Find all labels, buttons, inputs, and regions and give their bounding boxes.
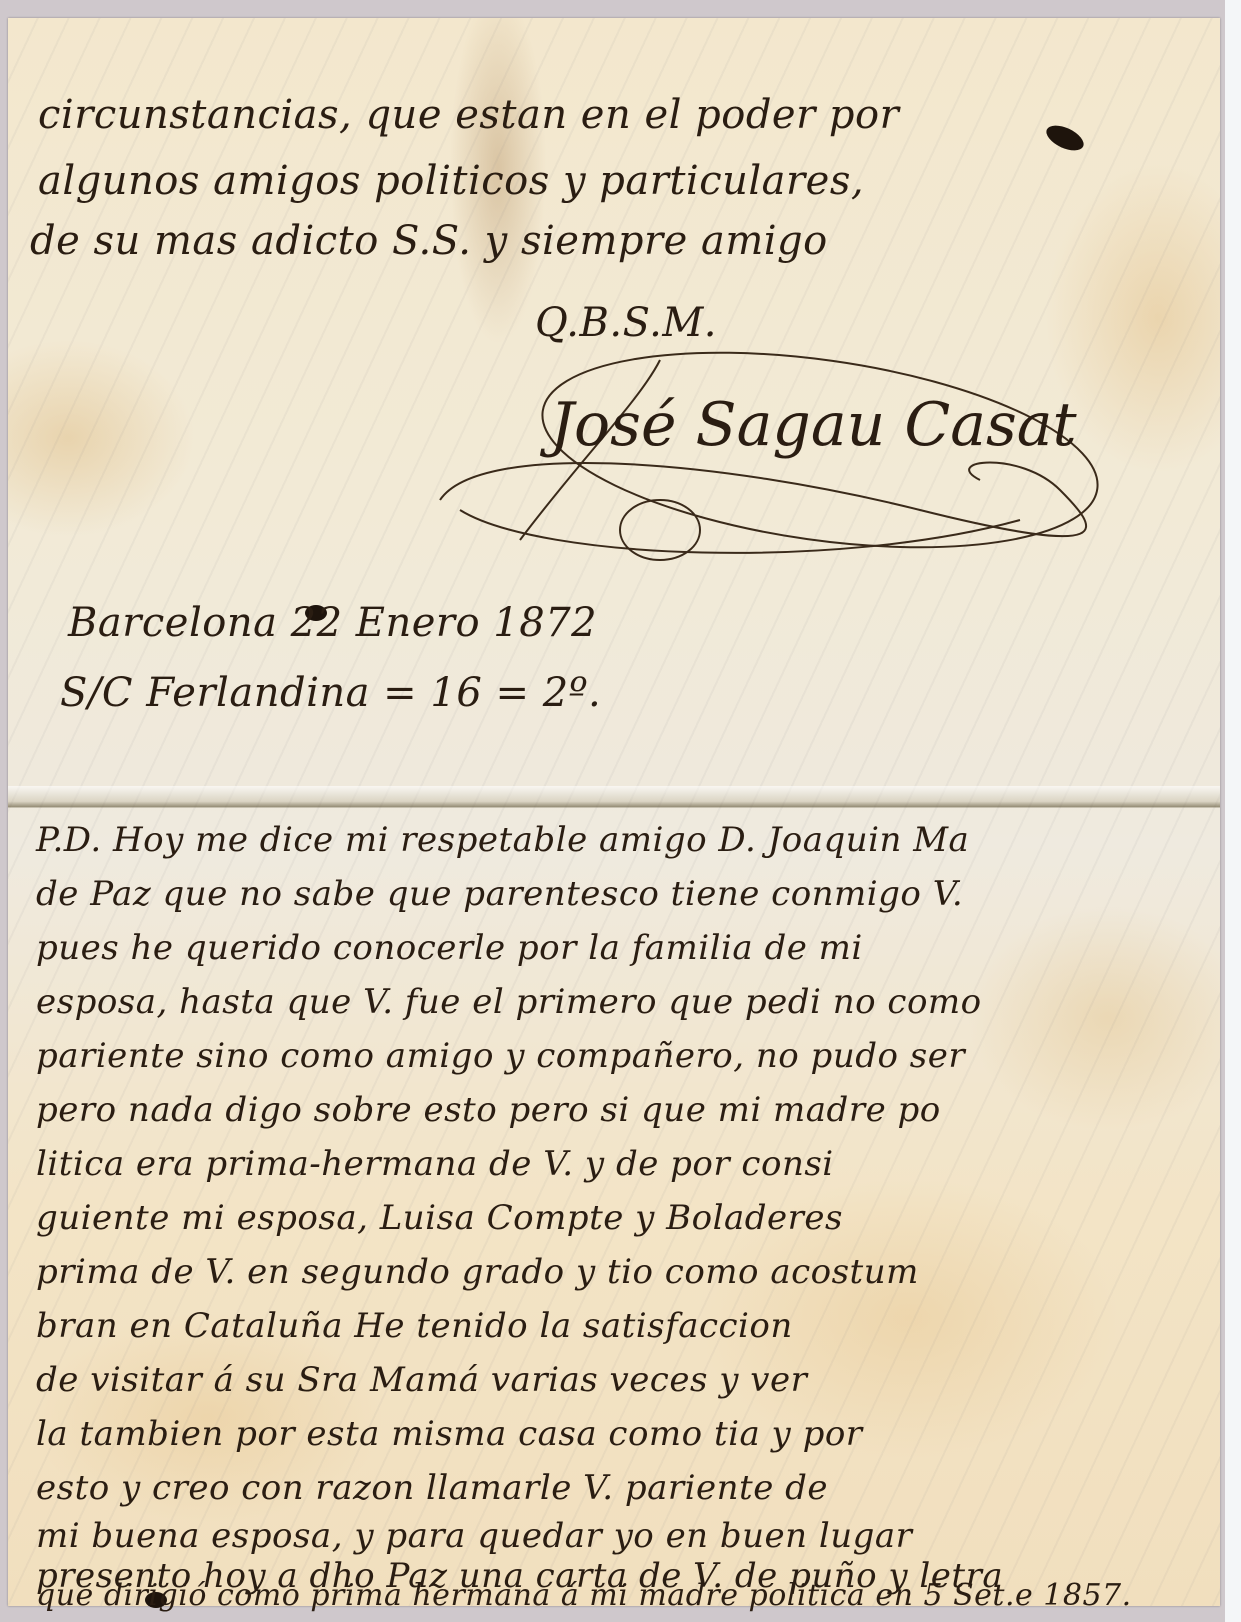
ps-line-3: pues he querido conocerle por la familia… [36, 928, 863, 968]
ps-line-8: guiente mi esposa, Luisa Compte y Bolade… [36, 1198, 843, 1238]
address: S/C Ferlandina = 16 = 2º. [60, 670, 601, 716]
ps-line-10: bran en Cataluña He tenido la satisfacci… [36, 1306, 793, 1346]
ps-line-5: pariente sino como amigo y compañero, no… [36, 1036, 965, 1076]
ps-line-16: que dirigió como prima hermana á mi madr… [36, 1578, 1132, 1613]
ps-line-1: P.D. Hoy me dice mi respetable amigo D. … [36, 820, 969, 860]
ps-line-14: mi buena esposa, y para quedar yo en bue… [36, 1516, 912, 1556]
ps-line-4: esposa, hasta que V. fue el primero que … [36, 982, 982, 1022]
ps-line-12: la tambien por esta misma casa como tia … [36, 1414, 863, 1454]
signature-block: José Sagau Casat [420, 340, 1120, 580]
ps-line-11: de visitar á su Sra Mamá varias veces y … [36, 1360, 807, 1400]
ps-line-2: de Paz que no sabe que parentesco tiene … [36, 874, 963, 914]
upper-line-2: algunos amigos politicos y particulares, [38, 158, 864, 204]
signature-name: José Sagau Casat [550, 390, 1077, 460]
place-date: Barcelona 22 Enero 1872 [68, 600, 597, 646]
ps-line-13: esto y creo con razon llamarle V. parien… [36, 1468, 828, 1508]
upper-line-1: circunstancias, que estan en el poder po… [38, 92, 899, 138]
paper-fold-crease [8, 786, 1220, 808]
signature-flourish-icon [420, 340, 1120, 580]
ps-line-9: prima de V. en segundo grado y tio como … [36, 1252, 919, 1292]
ps-line-7: litica era prima-hermana de V. y de por … [36, 1144, 834, 1184]
ps-line-6: pero nada digo sobre esto pero si que mi… [36, 1090, 941, 1130]
scan-margin [1225, 0, 1241, 1622]
upper-line-3: de su mas adicto S.S. y siempre amigo [30, 218, 828, 264]
